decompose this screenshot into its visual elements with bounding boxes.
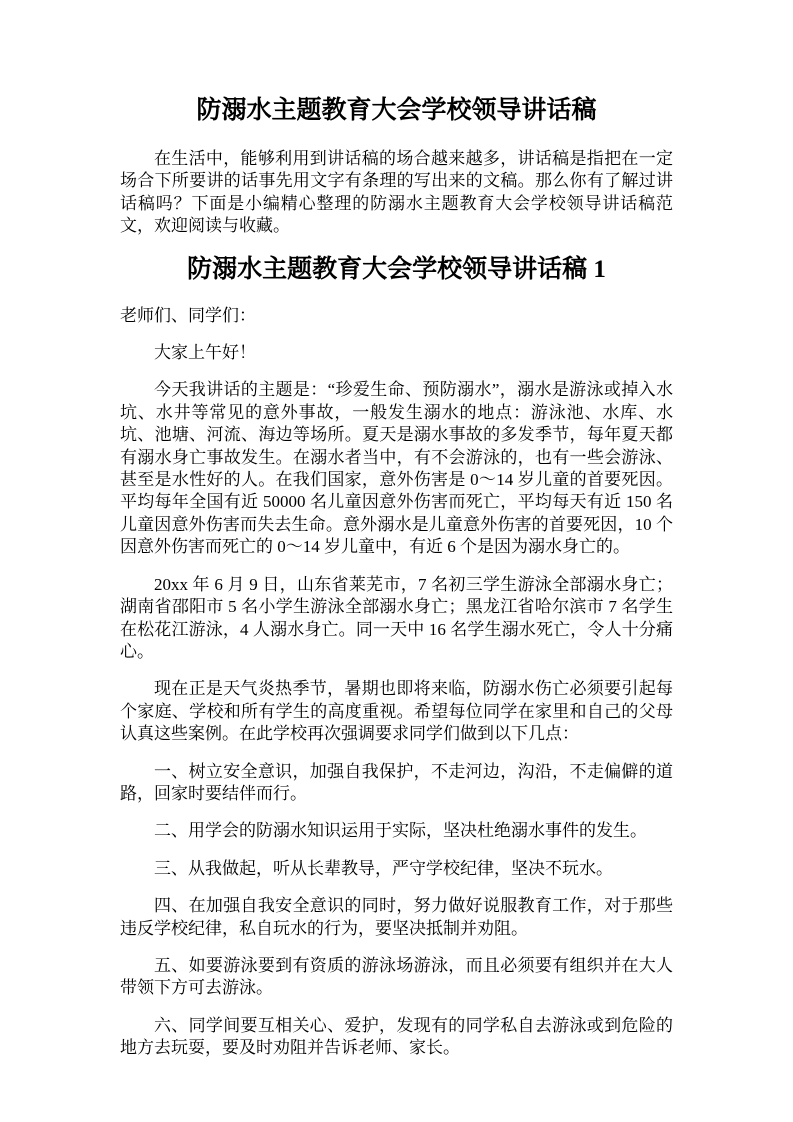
intro-paragraph: 在生活中，能够利用到讲话稿的场合越来越多，讲话稿是指把在一定场合下所要讲的话事先…	[120, 148, 673, 238]
body-paragraph: 一、树立安全意识，加强自我保护，不走河边，沟沿，不走偏僻的道路，回家时要结伴而行…	[120, 761, 673, 806]
body-paragraph: 二、用学会的防溺水知识运用于实际，坚决杜绝溺水事件的发生。	[120, 820, 673, 842]
body-paragraph: 20xx 年 6 月 9 日，山东省莱芜市，7 名初三学生游泳全部溺水身亡；湖南…	[120, 574, 673, 664]
greeting: 大家上午好！	[120, 342, 673, 364]
body-paragraph: 四、在加强自我安全意识的同时，努力做好说服教育工作，对于那些违反学校纪律，私自玩…	[120, 895, 673, 940]
salutation: 老师们、同学们：	[120, 305, 673, 327]
document-title: 防溺水主题教育大会学校领导讲话稿	[120, 94, 673, 127]
document-page: 防溺水主题教育大会学校领导讲话稿 在生活中，能够利用到讲话稿的场合越来越多，讲话…	[0, 0, 793, 1122]
body-paragraph: 现在正是天气炎热季节，暑期也即将来临，防溺水伤亡必须要引起每个家庭、学校和所有学…	[120, 678, 673, 745]
body-paragraph: 六、同学间要互相关心、爱护，发现有的同学私自去游泳或到危险的地方去玩耍，要及时劝…	[120, 1015, 673, 1060]
body-paragraph: 三、从我做起，听从长辈教导，严守学校纪律，坚决不玩水。	[120, 858, 673, 880]
section-title: 防溺水主题教育大会学校领导讲话稿 1	[120, 253, 673, 286]
body-paragraph: 今天我讲话的主题是：“珍爱生命、预防溺水”，溺水是游泳或掉入水坑、水井等常见的意…	[120, 379, 673, 558]
body-paragraph: 五、如要游泳要到有资质的游泳场游泳，而且必须要有组织并在大人带领下方可去游泳。	[120, 955, 673, 1000]
